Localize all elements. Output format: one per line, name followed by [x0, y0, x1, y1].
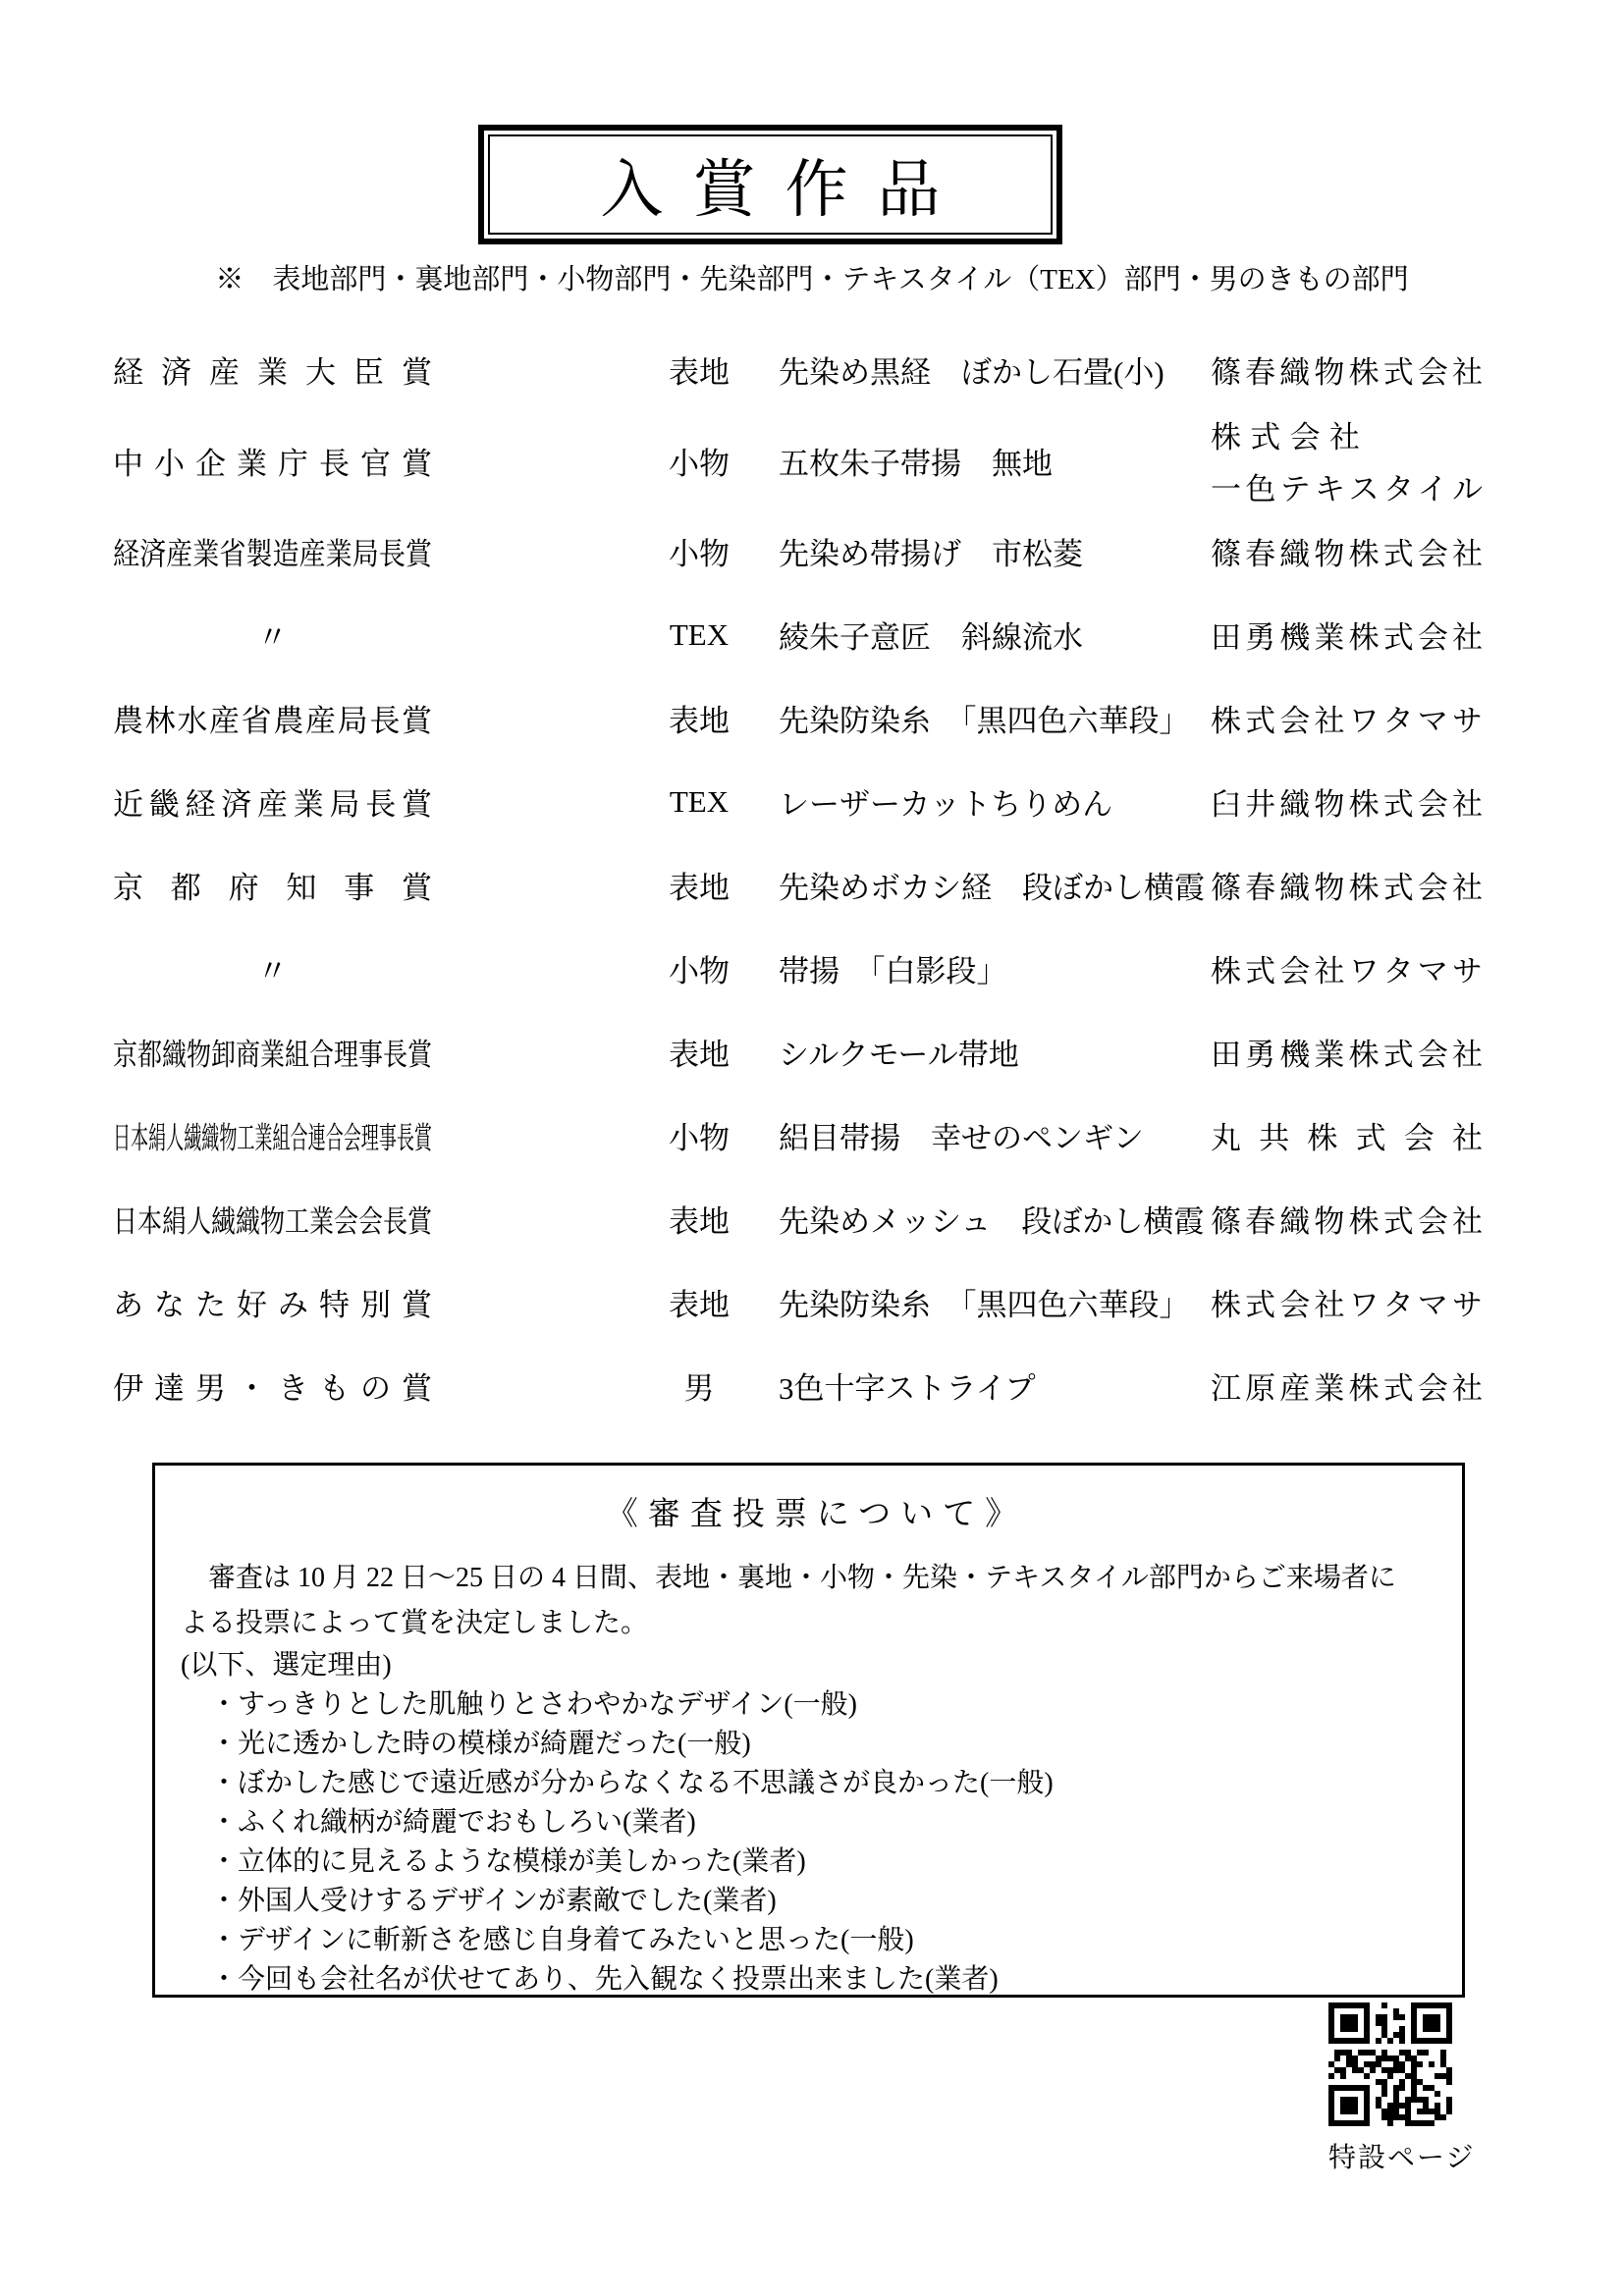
company-name: 篠春織物株式会社 [1211, 1197, 1483, 1241]
work-name: 先染め帯揚げ 市松菱 [779, 529, 1201, 573]
work-name: シルクモール帯地 [779, 1030, 1201, 1074]
reason-list: ・すっきりとした肌触りとさわやかなデザイン(一般) ・光に透かした時の模様が綺麗… [181, 1685, 1442, 2000]
qr-label: 特設ページ [1328, 2136, 1452, 2175]
ditto-mark: 〃 [113, 946, 432, 990]
award-name-cell: 京都府知事賞 [113, 863, 432, 907]
title-box-inner-border: 入賞作品 [488, 134, 1053, 235]
voting-heading: 《審査投票について》 [181, 1495, 1442, 1534]
category: 表地 [650, 347, 748, 392]
award-name-cell: 経済産業大臣賞 [113, 347, 432, 392]
category: 表地 [650, 1197, 748, 1241]
category: 男 [650, 1363, 748, 1408]
table-row: 中小企業庁長官賞 小物 五枚朱子帯揚 無地 株式会社 一色テキスタイル [113, 411, 1488, 509]
qr-code-icon [1328, 2002, 1452, 2126]
work-name: 先染めメッシュ 段ぼかし横霞 [779, 1197, 1201, 1241]
work-name: レーザーカットちりめん [779, 779, 1201, 824]
table-row: 経済産業省製造産業局長賞 小物 先染め帯揚げ 市松菱 篠春織物株式会社 [113, 509, 1488, 593]
company-name: 丸共株式会社 [1211, 1113, 1483, 1157]
work-name: 綾朱子意匠 斜線流水 [779, 613, 1201, 657]
voting-section: 《審査投票について》 審査は 10 月 22 日～25 日の 4 日間、表地・裏… [152, 1463, 1465, 1998]
company-name: 田勇機業株式会社 [1211, 1030, 1483, 1074]
table-row: 農林水産省農産局長賞 表地 先染防染糸 「黒四色六華段」 株式会社ワタマサ [113, 676, 1488, 760]
award-name-cell: 〃 [113, 946, 432, 990]
table-row: 京都織物卸商業組合理事長賞 表地 シルクモール帯地 田勇機業株式会社 [113, 1010, 1488, 1094]
work-name: 先染防染糸 「黒四色六華段」 [779, 696, 1201, 740]
category: TEX [650, 784, 748, 820]
company-name: 江原産業株式会社 [1211, 1363, 1483, 1408]
work-name: 先染め黒経 ぼかし石畳(小) [779, 347, 1201, 392]
table-row: 日本絹人繊織物工業会会長賞 表地 先染めメッシュ 段ぼかし横霞 篠春織物株式会社 [113, 1177, 1488, 1260]
company-name: 篠春織物株式会社 [1211, 529, 1483, 573]
category: 小物 [650, 439, 748, 483]
voting-paragraph: 審査は 10 月 22 日～25 日の 4 日間、表地・裏地・小物・先染・テキス… [181, 1556, 1442, 1646]
award-name-cell: 伊達男・きもの賞 [113, 1363, 432, 1408]
award-name-cell: 京都織物卸商業組合理事長賞 [113, 1030, 432, 1074]
award-name: 近畿経済産業局長賞 [113, 779, 432, 824]
company-name-line: 株式会社 [1211, 412, 1483, 456]
category: 小物 [650, 1113, 748, 1157]
table-row: あなた好み特別賞 表地 先染防染糸 「黒四色六華段」 株式会社ワタマサ [113, 1260, 1488, 1344]
reason-item: ・ふくれ織柄が綺麗でおもしろい(業者) [210, 1803, 1442, 1842]
category: 表地 [650, 696, 748, 740]
work-name: 3色十字ストライプ [779, 1363, 1201, 1408]
reason-item: ・今回も会社名が伏せてあり、先入観なく投票出来ました(業者) [210, 1960, 1442, 2000]
table-row: 近畿経済産業局長賞 TEX レーザーカットちりめん 臼井織物株式会社 [113, 760, 1488, 843]
award-name: 日本絹人繊織物工業会会長賞 [113, 1197, 432, 1241]
award-name-cell: 〃 [113, 613, 432, 657]
table-row: 京都府知事賞 表地 先染めボカシ経 段ぼかし横霞 篠春織物株式会社 [113, 843, 1488, 927]
category: 表地 [650, 1030, 748, 1074]
table-row: 〃 小物 帯揚 「白影段」 株式会社ワタマサ [113, 927, 1488, 1010]
reasons-label: (以下、選定理由) [181, 1646, 1442, 1685]
award-name: 京都織物卸商業組合理事長賞 [113, 1030, 432, 1074]
award-name: 伊達男・きもの賞 [113, 1363, 432, 1408]
award-name: 農林水産省農産局長賞 [113, 696, 432, 740]
award-name-cell: 農林水産省農産局長賞 [113, 696, 432, 740]
table-row: 経済産業大臣賞 表地 先染め黒経 ぼかし石畳(小) 篠春織物株式会社 [113, 328, 1488, 411]
award-name: 経済産業省製造産業局長賞 [113, 529, 432, 573]
awards-table: 経済産業大臣賞 表地 先染め黒経 ぼかし石畳(小) 篠春織物株式会社 中小企業庁… [113, 328, 1488, 1427]
company-name: 株式会社ワタマサ [1211, 946, 1483, 990]
work-name: 絽目帯揚 幸せのペンギン [779, 1113, 1201, 1157]
award-name-cell: 中小企業庁長官賞 [113, 439, 432, 483]
award-name-cell: あなた好み特別賞 [113, 1280, 432, 1324]
company-name: 篠春織物株式会社 [1211, 863, 1483, 907]
award-name-cell: 近畿経済産業局長賞 [113, 779, 432, 824]
category: TEX [650, 617, 748, 653]
company-name: 篠春織物株式会社 [1211, 347, 1483, 392]
award-name: あなた好み特別賞 [113, 1280, 432, 1324]
table-row: 日本絹人繊織物工業組合連合会理事長賞 小物 絽目帯揚 幸せのペンギン 丸共株式会… [113, 1094, 1488, 1177]
company-name-line: 一色テキスタイル [1211, 464, 1483, 508]
table-row: 〃 TEX 綾朱子意匠 斜線流水 田勇機業株式会社 [113, 593, 1488, 676]
award-name-cell: 日本絹人繊織物工業会会長賞 [113, 1197, 432, 1241]
award-name: 日本絹人繊織物工業組合連合会理事長賞 [113, 1113, 432, 1157]
company-name: 株式会社ワタマサ [1211, 696, 1483, 740]
company-name: 株式会社ワタマサ [1211, 1280, 1483, 1324]
work-name: 五枚朱子帯揚 無地 [779, 439, 1201, 483]
award-name: 経済産業大臣賞 [113, 347, 432, 392]
work-name: 帯揚 「白影段」 [779, 946, 1201, 990]
reason-item: ・すっきりとした肌触りとさわやかなデザイン(一般) [210, 1685, 1442, 1725]
company-name: 株式会社 一色テキスタイル [1211, 412, 1483, 508]
table-row: 伊達男・きもの賞 男 3色十字ストライプ 江原産業株式会社 [113, 1344, 1488, 1427]
title-box: 入賞作品 [478, 125, 1062, 244]
category: 表地 [650, 1280, 748, 1324]
page-title: 入賞作品 [571, 139, 970, 230]
reason-item: ・外国人受けするデザインが素敵でした(業者) [210, 1882, 1442, 1921]
category: 表地 [650, 863, 748, 907]
division-note: ※ 表地部門・裏地部門・小物部門・先染部門・テキスタイル（TEX）部門・男のきも… [0, 257, 1624, 297]
document-page: 入賞作品 ※ 表地部門・裏地部門・小物部門・先染部門・テキスタイル（TEX）部門… [0, 0, 1624, 2296]
company-name: 田勇機業株式会社 [1211, 613, 1483, 657]
reason-item: ・立体的に見えるような模様が美しかった(業者) [210, 1842, 1442, 1882]
award-name: 中小企業庁長官賞 [113, 439, 432, 483]
reason-item: ・デザインに斬新さを感じ自身着てみたいと思った(一般) [210, 1921, 1442, 1960]
ditto-mark: 〃 [113, 613, 432, 657]
qr-block: 特設ページ [1328, 2002, 1452, 2175]
award-name-cell: 日本絹人繊織物工業組合連合会理事長賞 [113, 1113, 432, 1157]
reason-item: ・ぼかした感じで遠近感が分からなくなる不思議さが良かった(一般) [210, 1764, 1442, 1803]
reason-item: ・光に透かした時の模様が綺麗だった(一般) [210, 1725, 1442, 1764]
award-name: 京都府知事賞 [113, 863, 432, 907]
category: 小物 [650, 946, 748, 990]
work-name: 先染防染糸 「黒四色六華段」 [779, 1280, 1201, 1324]
award-name-cell: 経済産業省製造産業局長賞 [113, 529, 432, 573]
category: 小物 [650, 529, 748, 573]
work-name: 先染めボカシ経 段ぼかし横霞 [779, 863, 1201, 907]
company-name: 臼井織物株式会社 [1211, 779, 1483, 824]
